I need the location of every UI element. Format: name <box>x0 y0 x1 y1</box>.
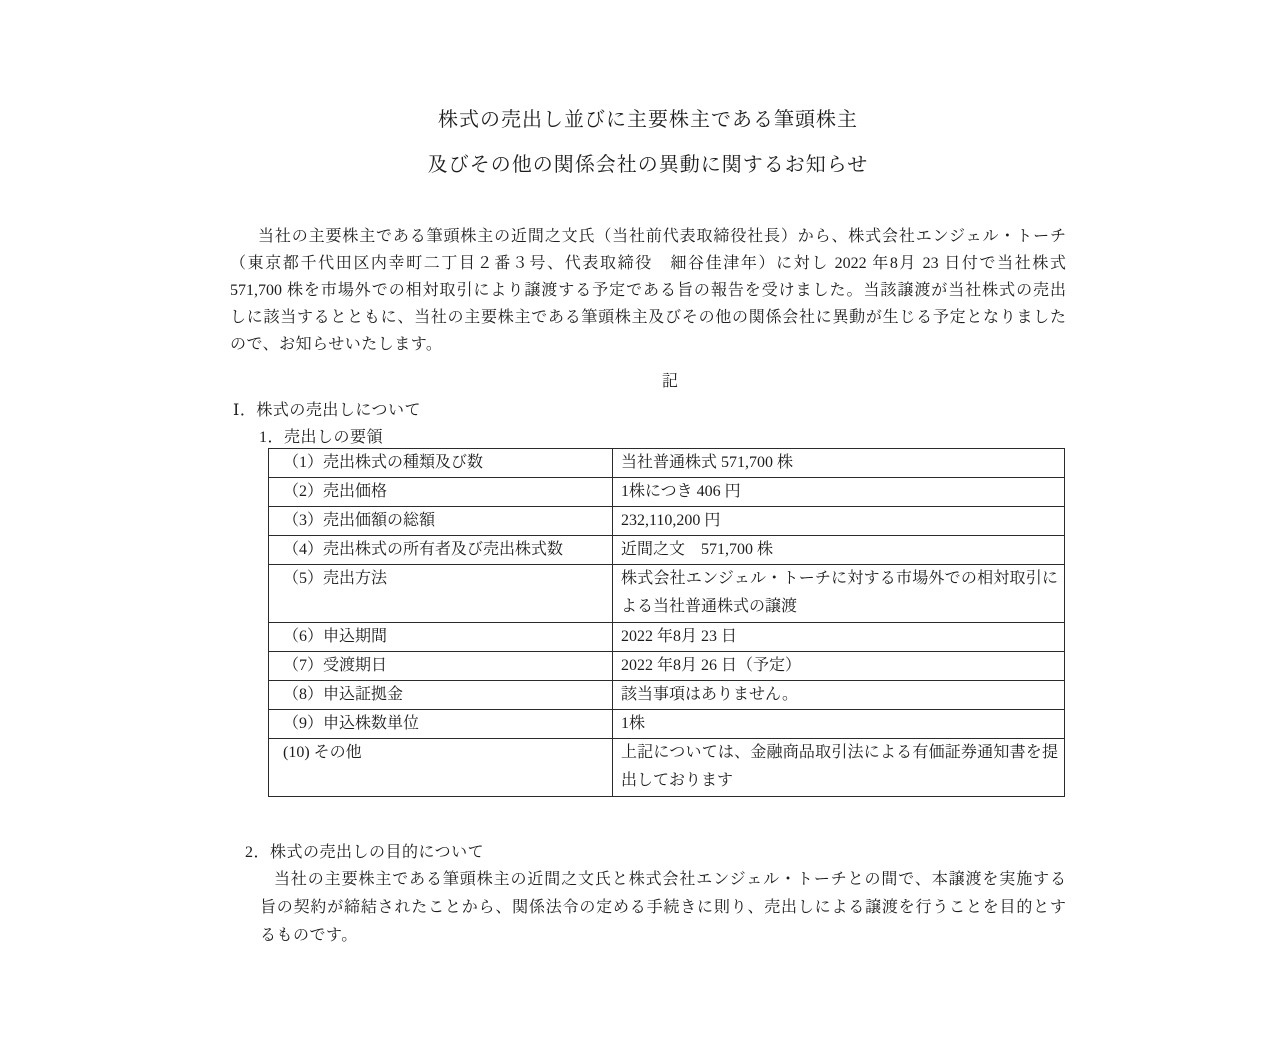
row-value: 2022 年8月 23 日 <box>613 623 1065 652</box>
table-row: （5）売出方法 株式会社エンジェル・トーチに対する市場外での相対取引による当社普… <box>269 565 1065 623</box>
row-label: （5）売出方法 <box>269 565 613 623</box>
intro-line: 571,700 株を市場外での相対取引により譲渡する予定である旨の報告を受けまし… <box>230 277 1066 304</box>
row-label: （2）売出価格 <box>269 478 613 507</box>
row-value: 上記については、金融商品取引法による有価証券通知書を提出しております <box>613 739 1065 797</box>
table-row: （6）申込期間 2022 年8月 23 日 <box>269 623 1065 652</box>
intro-line: 当社の主要株主である筆頭株主の近間之文氏（当社前代表取締役社長）から、株式会社エ… <box>230 223 1066 250</box>
row-value: 232,110,200 円 <box>613 507 1065 536</box>
row-value: 株式会社エンジェル・トーチに対する市場外での相対取引による当社普通株式の譲渡 <box>613 565 1065 623</box>
intro-line: しに該当するとともに、当社の主要株主である筆頭株主及びその他の関係会社に異動が生… <box>230 304 1066 331</box>
row-label: （7）受渡期日 <box>269 652 613 681</box>
table-row: （3）売出価額の総額 232,110,200 円 <box>269 507 1065 536</box>
row-label: （9）申込株数単位 <box>269 710 613 739</box>
table-row: （4）売出株式の所有者及び売出株式数 近間之文 571,700 株 <box>269 536 1065 565</box>
row-label: （4）売出株式の所有者及び売出株式数 <box>269 536 613 565</box>
document-title-line1: 株式の売出し並びに主要株主である筆頭株主 <box>230 103 1066 132</box>
purpose-paragraph: 当社の主要株主である筆頭株主の近間之文氏と株式会社エンジェル・トーチとの間で、本… <box>260 866 1066 950</box>
row-label: （3）売出価額の総額 <box>269 507 613 536</box>
section2-heading: 2．株式の売出しの目的について <box>245 839 484 862</box>
purpose-line: 旨の契約が締結されたことから、関係法令の定める手続きに則り、売出しによる譲渡を行… <box>260 894 1066 922</box>
row-value: 近間之文 571,700 株 <box>613 536 1065 565</box>
row-label: (10) その他 <box>269 739 613 797</box>
memo-marker: 記 <box>252 368 1088 391</box>
section1-heading: Ⅰ．株式の売出しについて <box>233 397 421 420</box>
purpose-line: 当社の主要株主である筆頭株主の近間之文氏と株式会社エンジェル・トーチとの間で、本… <box>260 866 1066 894</box>
row-label: （1）売出株式の種類及び数 <box>269 449 613 478</box>
table-row: （9）申込株数単位 1株 <box>269 710 1065 739</box>
row-value: 2022 年8月 26 日（予定） <box>613 652 1065 681</box>
offering-summary-table: （1）売出株式の種類及び数 当社普通株式 571,700 株 （2）売出価格 1… <box>268 448 1065 797</box>
document-page: { "page": { "background": "#ffffff", "te… <box>0 0 1280 1041</box>
intro-paragraph: 当社の主要株主である筆頭株主の近間之文氏（当社前代表取締役社長）から、株式会社エ… <box>230 223 1066 358</box>
table-row: (10) その他 上記については、金融商品取引法による有価証券通知書を提出してお… <box>269 739 1065 797</box>
table-row: （1）売出株式の種類及び数 当社普通株式 571,700 株 <box>269 449 1065 478</box>
section1-subheading: 1．売出しの要領 <box>259 424 383 447</box>
row-value: 当社普通株式 571,700 株 <box>613 449 1065 478</box>
table-row: （8）申込証拠金 該当事項はありません。 <box>269 681 1065 710</box>
document-title-line2: 及びその他の関係会社の異動に関するお知らせ <box>230 148 1066 177</box>
table-row: （2）売出価格 1株につき 406 円 <box>269 478 1065 507</box>
intro-line: （東京都千代田区内幸町二丁目２番３号、代表取締役 細谷佳津年）に対し 2022 … <box>230 250 1066 277</box>
row-value: 1株につき 406 円 <box>613 478 1065 507</box>
intro-line: ので、お知らせいたします。 <box>230 331 1066 358</box>
row-label: （8）申込証拠金 <box>269 681 613 710</box>
table-row: （7）受渡期日 2022 年8月 26 日（予定） <box>269 652 1065 681</box>
row-label: （6）申込期間 <box>269 623 613 652</box>
row-value: 該当事項はありません。 <box>613 681 1065 710</box>
row-value: 1株 <box>613 710 1065 739</box>
purpose-line: るものです。 <box>260 922 1066 950</box>
